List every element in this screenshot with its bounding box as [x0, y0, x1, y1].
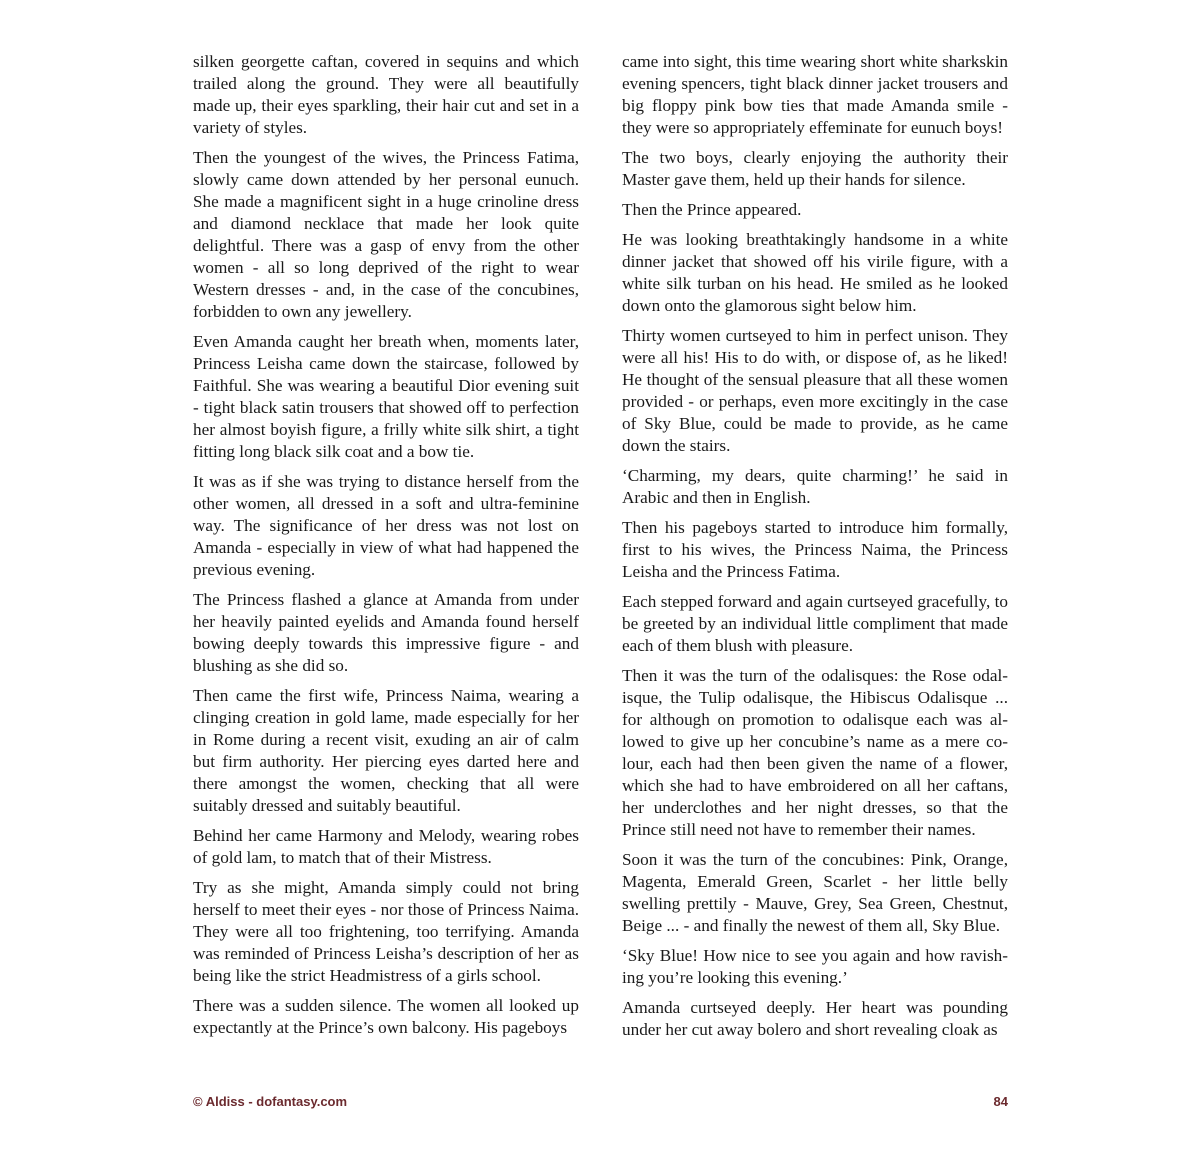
paragraph: Then the Prince appeared.	[622, 199, 1008, 221]
left-column: silken georgette caftan, covered in sequ…	[193, 51, 579, 1047]
paragraph: Thirty women curtseyed to him in perfect…	[622, 325, 1008, 457]
paragraph: came into sight, this time wearing short…	[622, 51, 1008, 139]
paragraph: ‘Sky Blue! How nice to see you again and…	[622, 945, 1008, 989]
paragraph: The two boys, clearly enjoying the autho…	[622, 147, 1008, 191]
paragraph: Then it was the turn of the odalisques: …	[622, 665, 1008, 841]
paragraph: Then the youngest of the wives, the Prin…	[193, 147, 579, 323]
paragraph: It was as if she was trying to distance …	[193, 471, 579, 581]
paragraph: There was a sudden silence. The women al…	[193, 995, 579, 1039]
paragraph: Behind her came Harmony and Melody, wear…	[193, 825, 579, 869]
paragraph: Even Amanda caught her breath when, mome…	[193, 331, 579, 463]
paragraph: silken georgette caftan, covered in sequ…	[193, 51, 579, 139]
paragraph: He was looking breathtakingly handsome i…	[622, 229, 1008, 317]
paragraph: The Princess flashed a glance at Amanda …	[193, 589, 579, 677]
paragraph: Try as she might, Amanda simply could no…	[193, 877, 579, 987]
paragraph: Each stepped forward and again curtseyed…	[622, 591, 1008, 657]
page-number: 84	[994, 1094, 1008, 1109]
paragraph: Soon it was the turn of the concubines: …	[622, 849, 1008, 937]
right-column: came into sight, this time wearing short…	[622, 51, 1008, 1049]
footer-copyright: © Aldiss - dofantasy.com	[193, 1094, 347, 1109]
paragraph: Then came the first wife, Princess Naima…	[193, 685, 579, 817]
paragraph: Then his pageboys started to introduce h…	[622, 517, 1008, 583]
paragraph: ‘Charming, my dears, quite charming!’ he…	[622, 465, 1008, 509]
paragraph: Amanda curtseyed deeply. Her heart was p…	[622, 997, 1008, 1041]
document-page: silken georgette caftan, covered in sequ…	[0, 0, 1200, 1158]
